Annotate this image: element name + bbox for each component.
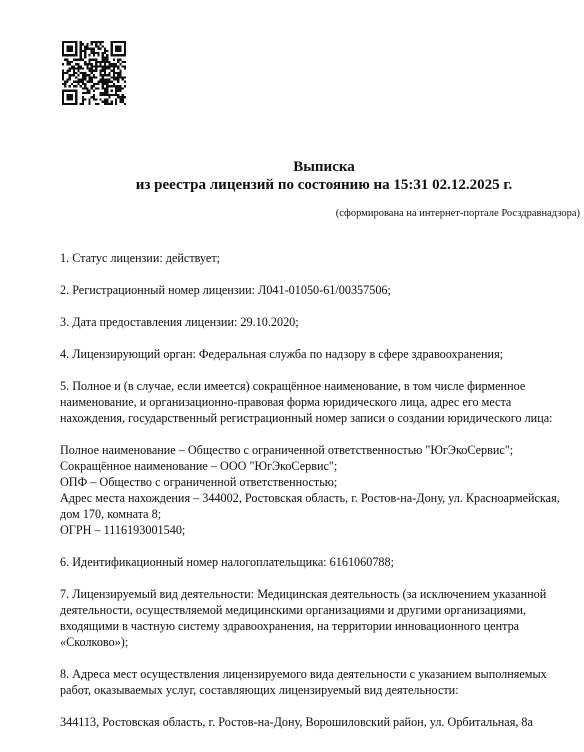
addresses-heading: 8. Адреса мест осуществления лицензируем…	[60, 666, 584, 698]
organization-heading: 5. Полное и (в случае, если имеется) сок…	[60, 378, 584, 426]
qr-code-icon	[62, 41, 126, 105]
taxpayer-id: 6. Идентификационный номер налогоплатель…	[60, 554, 584, 570]
organization-details: Полное наименование – Общество с огранич…	[60, 442, 584, 538]
document-title: Выписка	[32, 158, 584, 176]
full-name: Полное наименование – Общество с огранич…	[60, 442, 584, 458]
addresses-heading-line: 8. Адреса мест осуществления лицензируем…	[60, 666, 584, 682]
qr-code	[62, 41, 126, 105]
licensed-activity-line: деятельности, осуществляемой медицинским…	[60, 602, 584, 618]
licensed-activity: 7. Лицензируемый вид деятельности: Медиц…	[60, 586, 584, 650]
ogrn: ОГРН – 1116193001540;	[60, 522, 584, 538]
licensed-activity-line: входящими в частную систему здравоохране…	[60, 618, 584, 634]
licensed-activity-line: 7. Лицензируемый вид деятельности: Медиц…	[60, 586, 584, 602]
licensing-body: 4. Лицензирующий орган: Федеральная служ…	[60, 346, 584, 362]
activity-address: 344113, Ростовская область, г. Ростов-на…	[60, 714, 584, 730]
short-name: Сокращённое наименование – ООО "ЮгЭкоСер…	[60, 458, 584, 474]
organization-heading-line: нахождения, государственный регистрацион…	[60, 410, 584, 426]
license-issue-date: 3. Дата предоставления лицензии: 29.10.2…	[60, 314, 584, 330]
organization-heading-line: наименование, и организационно-правовая …	[60, 394, 584, 410]
legal-form: ОПФ – Общество с ограниченной ответствен…	[60, 474, 584, 490]
licensed-activity-line: «Сколково»);	[60, 634, 584, 650]
license-registration-number: 2. Регистрационный номер лицензии: Л041-…	[60, 282, 584, 298]
addresses-heading-line: работ, оказываемых услуг, составляющих л…	[60, 682, 584, 698]
license-status: 1. Статус лицензии: действует;	[60, 250, 584, 266]
organization-heading-line: 5. Полное и (в случае, если имеется) сок…	[60, 378, 584, 394]
legal-address-cont: дом 170, комната 8;	[60, 506, 584, 522]
document-subtitle: из реестра лицензий по состоянию на 15:3…	[32, 176, 584, 194]
source-note: (сформирована на интернет-портале Росздр…	[336, 207, 580, 220]
legal-address: Адрес места нахождения – 344002, Ростовс…	[60, 490, 584, 506]
document-body: 1. Статус лицензии: действует; 2. Регист…	[60, 250, 584, 730]
